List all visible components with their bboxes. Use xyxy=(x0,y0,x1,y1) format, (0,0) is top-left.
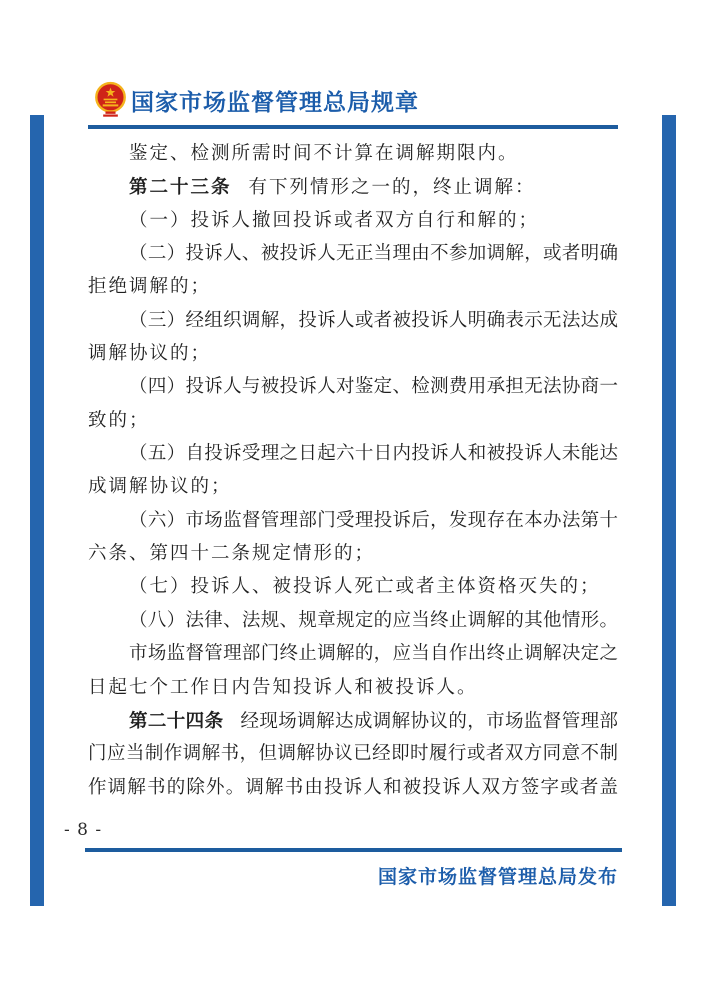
text-line: （三）经组织调解，投诉人或者被投诉人明确表示无法达成 xyxy=(88,304,618,337)
page-number: - 8 - xyxy=(64,820,102,840)
text-line: 鉴定、检测所需时间不计算在调解期限内。 xyxy=(88,137,618,170)
line-text: 致的； xyxy=(88,410,150,431)
text-line: 拒绝调解的； xyxy=(88,270,618,303)
line-text: 日起七个工作日内告知投诉人和被投诉人。 xyxy=(88,677,478,698)
line-text: （八）法律、法规、规章规定的应当终止调解的其他情形。 xyxy=(129,610,618,631)
document-body: 鉴定、检测所需时间不计算在调解期限内。第二十三条有下列情形之一的，终止调解：（一… xyxy=(88,137,618,804)
left-frame-bar xyxy=(30,115,44,906)
text-line: 市场监督管理部门终止调解的，应当自作出终止调解决定之 xyxy=(88,637,618,670)
text-line: 致的； xyxy=(88,404,618,437)
line-text: 市场监督管理部门终止调解的，应当自作出终止调解决定之 xyxy=(129,643,618,664)
text-line: 成调解协议的； xyxy=(88,470,618,503)
text-line: （七）投诉人、被投诉人死亡或者主体资格灭失的； xyxy=(88,570,618,603)
text-line: （六）市场监督管理部门受理投诉后，发现存在本办法第十 xyxy=(88,504,618,537)
text-line: （四）投诉人与被投诉人对鉴定、检测费用承担无法协商一 xyxy=(88,370,618,403)
line-text: （五）自投诉受理之日起六十日内投诉人和被投诉人未能达 xyxy=(129,443,618,464)
header-rule xyxy=(88,125,618,129)
right-frame-bar xyxy=(662,115,676,906)
text-line: 第二十四条经现场调解达成调解协议的，市场监督管理部 xyxy=(88,704,618,737)
text-line: （八）法律、法规、规章规定的应当终止调解的其他情形。 xyxy=(88,604,618,637)
footer-rule xyxy=(85,848,622,852)
line-text: 六条、第四十二条规定情形的； xyxy=(88,543,375,564)
text-line: （五）自投诉受理之日起六十日内投诉人和被投诉人未能达 xyxy=(88,437,618,470)
line-text: 经现场调解达成调解协议的，市场监督管理部 xyxy=(240,711,618,732)
line-text: （一）投诉人撤回投诉或者双方自行和解的； xyxy=(129,210,539,231)
line-text: （七）投诉人、被投诉人死亡或者主体资格灭失的； xyxy=(129,576,601,597)
publisher-label: 国家市场监督管理总局发布 xyxy=(378,862,618,889)
line-text: （二）投诉人、被投诉人无正当理由不参加调解，或者明确 xyxy=(129,243,618,264)
text-line: 调解协议的； xyxy=(88,337,618,370)
line-text: 成调解协议的； xyxy=(88,476,232,497)
line-text: （四）投诉人与被投诉人对鉴定、检测费用承担无法协商一 xyxy=(129,376,618,397)
national-emblem-icon xyxy=(94,81,127,119)
article-number: 第二十四条 xyxy=(129,710,223,731)
line-text: 鉴定、检测所需时间不计算在调解期限内。 xyxy=(129,143,519,164)
line-text: 门应当制作调解书，但调解协议已经即时履行或者双方同意不制 xyxy=(88,743,618,764)
text-line: 第二十三条有下列情形之一的，终止调解： xyxy=(88,170,618,203)
article-number: 第二十三条 xyxy=(129,176,232,197)
document-page: 国家市场监督管理总局规章 鉴定、检测所需时间不计算在调解期限内。第二十三条有下列… xyxy=(0,0,706,999)
text-line: 作调解书的除外。调解书由投诉人和被投诉人双方签字或者盖 xyxy=(88,771,618,804)
line-text: 作调解书的除外。调解书由投诉人和被投诉人双方签字或者盖 xyxy=(88,777,618,798)
text-line: （二）投诉人、被投诉人无正当理由不参加调解，或者明确 xyxy=(88,237,618,270)
line-text: 有下列情形之一的，终止调解： xyxy=(249,177,536,198)
text-line: 日起七个工作日内告知投诉人和被投诉人。 xyxy=(88,671,618,704)
text-line: 门应当制作调解书，但调解协议已经即时履行或者双方同意不制 xyxy=(88,737,618,770)
line-text: 调解协议的； xyxy=(88,343,211,364)
header-title: 国家市场监督管理总局规章 xyxy=(131,84,419,117)
line-text: （六）市场监督管理部门受理投诉后，发现存在本办法第十 xyxy=(129,510,618,531)
line-text: 拒绝调解的； xyxy=(88,276,211,297)
text-line: 六条、第四十二条规定情形的； xyxy=(88,537,618,570)
line-text: （三）经组织调解，投诉人或者被投诉人明确表示无法达成 xyxy=(129,310,618,331)
text-line: （一）投诉人撤回投诉或者双方自行和解的； xyxy=(88,204,618,237)
